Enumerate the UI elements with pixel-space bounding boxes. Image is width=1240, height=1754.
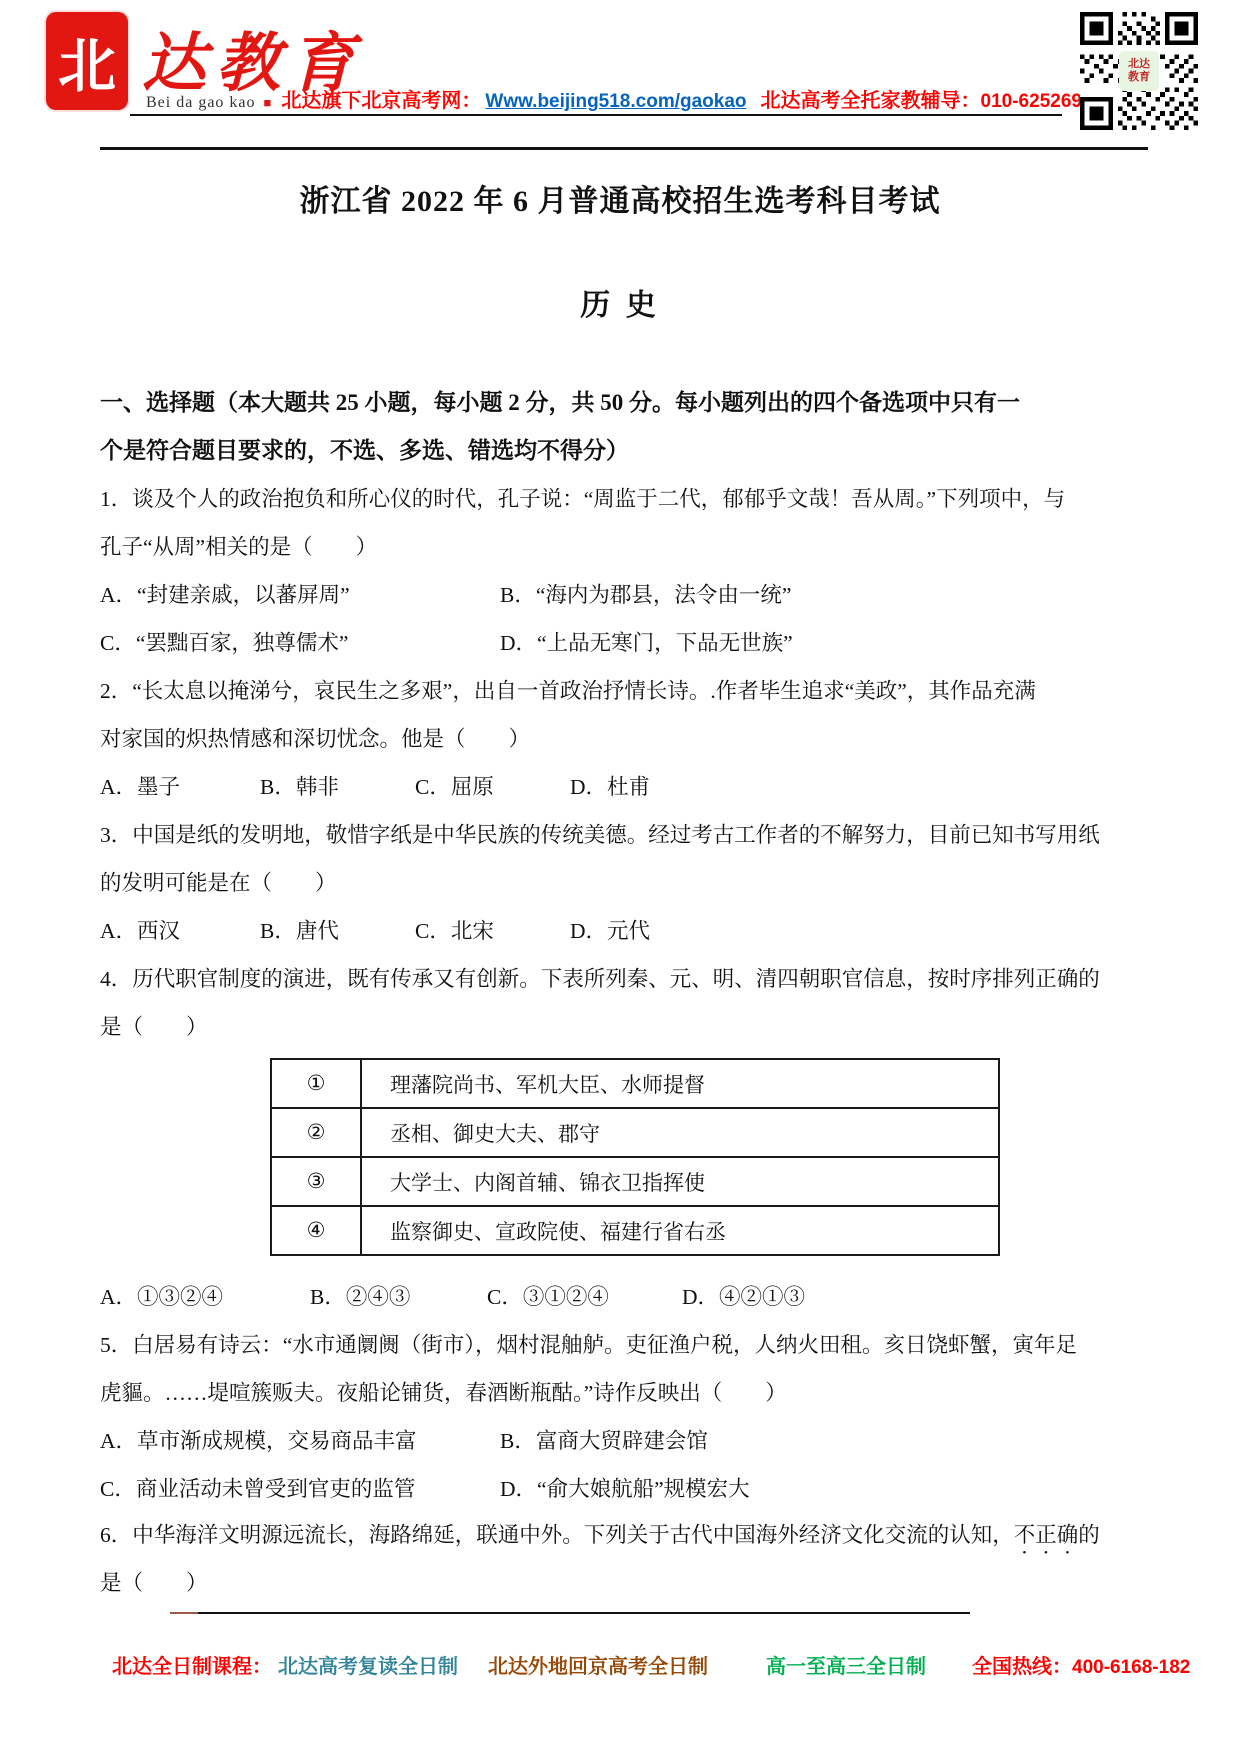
header-text-row: Bei da gao kao ■ 北达旗下北京高考网： Www.beijing5… [146, 84, 1103, 113]
header-underline [130, 114, 1062, 116]
q1-option-b: B．“海内为郡县，法令由一统” [500, 580, 791, 610]
brand-seal-char: 北 [58, 19, 116, 103]
q1-line1: 1．谈及个人的政治抱负和所心仪的时代，孔子说：“周监于二代，郁郁乎文哉！吾从周。… [100, 484, 1160, 514]
row-content: 大学士、内阁首辅、锦衣卫指挥使 [361, 1157, 999, 1206]
q3-option-b: B．唐代 [260, 916, 339, 946]
q3-line1: 3．中国是纸的发明地，敬惜字纸是中华民族的传统美德。经过考古工作者的不解努力，目… [100, 820, 1160, 850]
qr-center-line1: 北达 [1128, 58, 1150, 71]
q2-option-d: D．杜甫 [570, 772, 650, 802]
q2-line2: 对家国的炽热情感和深切忧念。他是（ ） [100, 724, 1160, 754]
q6-line1: 6．中华海洋文明源远流长，海路绵延，联通中外。下列关于古代中国海外经济文化交流的… [100, 1520, 1160, 1559]
row-content: 监察御史、宣政院使、福建行省右丞 [361, 1206, 999, 1255]
q4-line2: 是（ ） [100, 1012, 1160, 1042]
header-divider [100, 147, 1148, 150]
q2-option-c: C．屈原 [415, 772, 494, 802]
row-content: 丞相、御史大夫、郡守 [361, 1108, 999, 1157]
q6-line1-emphasis: 不正确 [1014, 1523, 1079, 1547]
q3-line2: 的发明可能是在（ ） [100, 868, 1160, 898]
q4-line1: 4．历代职官制度的演进，既有传承又有创新。下表所列秦、元、明、清四朝职官信息，按… [100, 964, 1160, 994]
row-index: ② [271, 1108, 361, 1157]
q3-option-c: C．北宋 [415, 916, 494, 946]
exam-page: 北 达教育 Bei da gao kao ■ 北达旗下北京高考网： Www.be… [0, 0, 1240, 1754]
row-content: 理藩院尚书、军机大臣、水师提督 [361, 1059, 999, 1108]
q6-line2: 是（ ） [100, 1568, 1160, 1598]
site-label: 北达旗下北京高考网： [281, 84, 481, 113]
section-heading-line1: 一、选择题（本大题共 25 小题，每小题 2 分，共 50 分。每小题列出的四个… [100, 388, 1160, 418]
q3-option-a: A．西汉 [100, 916, 180, 946]
q1-option-c: C．“罢黜百家，独尊儒术” [100, 628, 348, 658]
qr-code: 北达 教育 [1080, 12, 1198, 130]
section-heading-line2: 个是符合题目要求的，不选、多选、错选均不得分） [100, 436, 1160, 466]
footer-item-grades: 高一至高三全日制 [766, 1650, 926, 1679]
q5-line2: 虎貙。……堤喧簇贩夫。夜船论铺货，春酒断瓶酤。”诗作反映出（ ） [100, 1378, 1160, 1408]
q2-line1: 2．“长太息以掩涕兮，哀民生之多艰”，出自一首政治抒情长诗。.作者毕生追求“美政… [100, 676, 1160, 706]
footer-hotline-number: 400-6168-182 [1072, 1657, 1190, 1679]
footer-item-return-beijing: 北达外地回京高考全日制 [488, 1650, 708, 1679]
exam-subject: 历 史 [0, 280, 1240, 324]
brand-seal: 北 [46, 12, 128, 110]
q1-option-d: D．“上品无寒门，下品无世族” [500, 628, 793, 658]
q2-option-b: B．韩非 [260, 772, 339, 802]
q5-option-c: C．商业活动未曾受到官吏的监管 [100, 1474, 415, 1504]
red-square-bullet-icon: ■ [264, 95, 272, 110]
footer: 北达全日制课程： 北达高考复读全日制 北达外地回京高考全日制 高一至高三全日制 … [112, 1650, 1190, 1679]
q4-option-c: C．③①②④ [487, 1282, 609, 1312]
footer-divider-accent [170, 1612, 198, 1614]
q5-option-b: B．富商大贸辟建会馆 [500, 1426, 708, 1456]
q4-option-d: D．④②①③ [682, 1282, 805, 1312]
brand-tagline: Bei da gao kao [146, 94, 256, 112]
row-index: ④ [271, 1206, 361, 1255]
row-index: ③ [271, 1157, 361, 1206]
q4-table: ① 理藩院尚书、军机大臣、水师提督 ② 丞相、御史大夫、郡守 ③ 大学士、内阁首… [270, 1058, 1000, 1256]
row-index: ① [271, 1059, 361, 1108]
q1-option-a: A．“封建亲戚，以蕃屏周” [100, 580, 350, 610]
q6-line1-post: 的 [1078, 1523, 1100, 1547]
site-link[interactable]: Www.beijing518.com/gaokao [485, 91, 746, 113]
q6-line1-pre: 6．中华海洋文明源远流长，海路绵延，联通中外。下列关于古代中国海外经济文化交流的… [100, 1523, 1014, 1547]
q5-option-d: D．“俞大娘航船”规模宏大 [500, 1474, 750, 1504]
tutor-label: 北达高考全托家教辅导： [761, 84, 981, 113]
q4-option-b: B．②④③ [310, 1282, 410, 1312]
qr-center-line2: 教育 [1128, 71, 1150, 84]
footer-hotline-label: 全国热线： [972, 1650, 1072, 1679]
q4-option-a: A．①③②④ [100, 1282, 223, 1312]
table-row: ③ 大学士、内阁首辅、锦衣卫指挥使 [271, 1157, 999, 1206]
table-row: ② 丞相、御史大夫、郡守 [271, 1108, 999, 1157]
table-row: ④ 监察御史、宣政院使、福建行省右丞 [271, 1206, 999, 1255]
q1-line2: 孔子“从周”相关的是（ ） [100, 532, 1160, 562]
footer-divider [170, 1612, 970, 1614]
q5-option-a: A．草市渐成规模，交易商品丰富 [100, 1426, 417, 1456]
q3-option-d: D．元代 [570, 916, 650, 946]
qr-center-label: 北达 教育 [1119, 51, 1159, 91]
exam-title: 浙江省 2022 年 6 月普通高校招生选考科目考试 [0, 176, 1240, 220]
q2-option-a: A．墨子 [100, 772, 180, 802]
table-row: ① 理藩院尚书、军机大臣、水师提督 [271, 1059, 999, 1108]
footer-course-label: 北达全日制课程： [112, 1650, 272, 1679]
footer-item-fulltime-repeat: 北达高考复读全日制 [278, 1650, 458, 1679]
q5-line1: 5．白居易有诗云：“水市通阛阓（街市），烟村混舳舻。吏征渔户税，人纳火田租。亥日… [100, 1330, 1160, 1360]
